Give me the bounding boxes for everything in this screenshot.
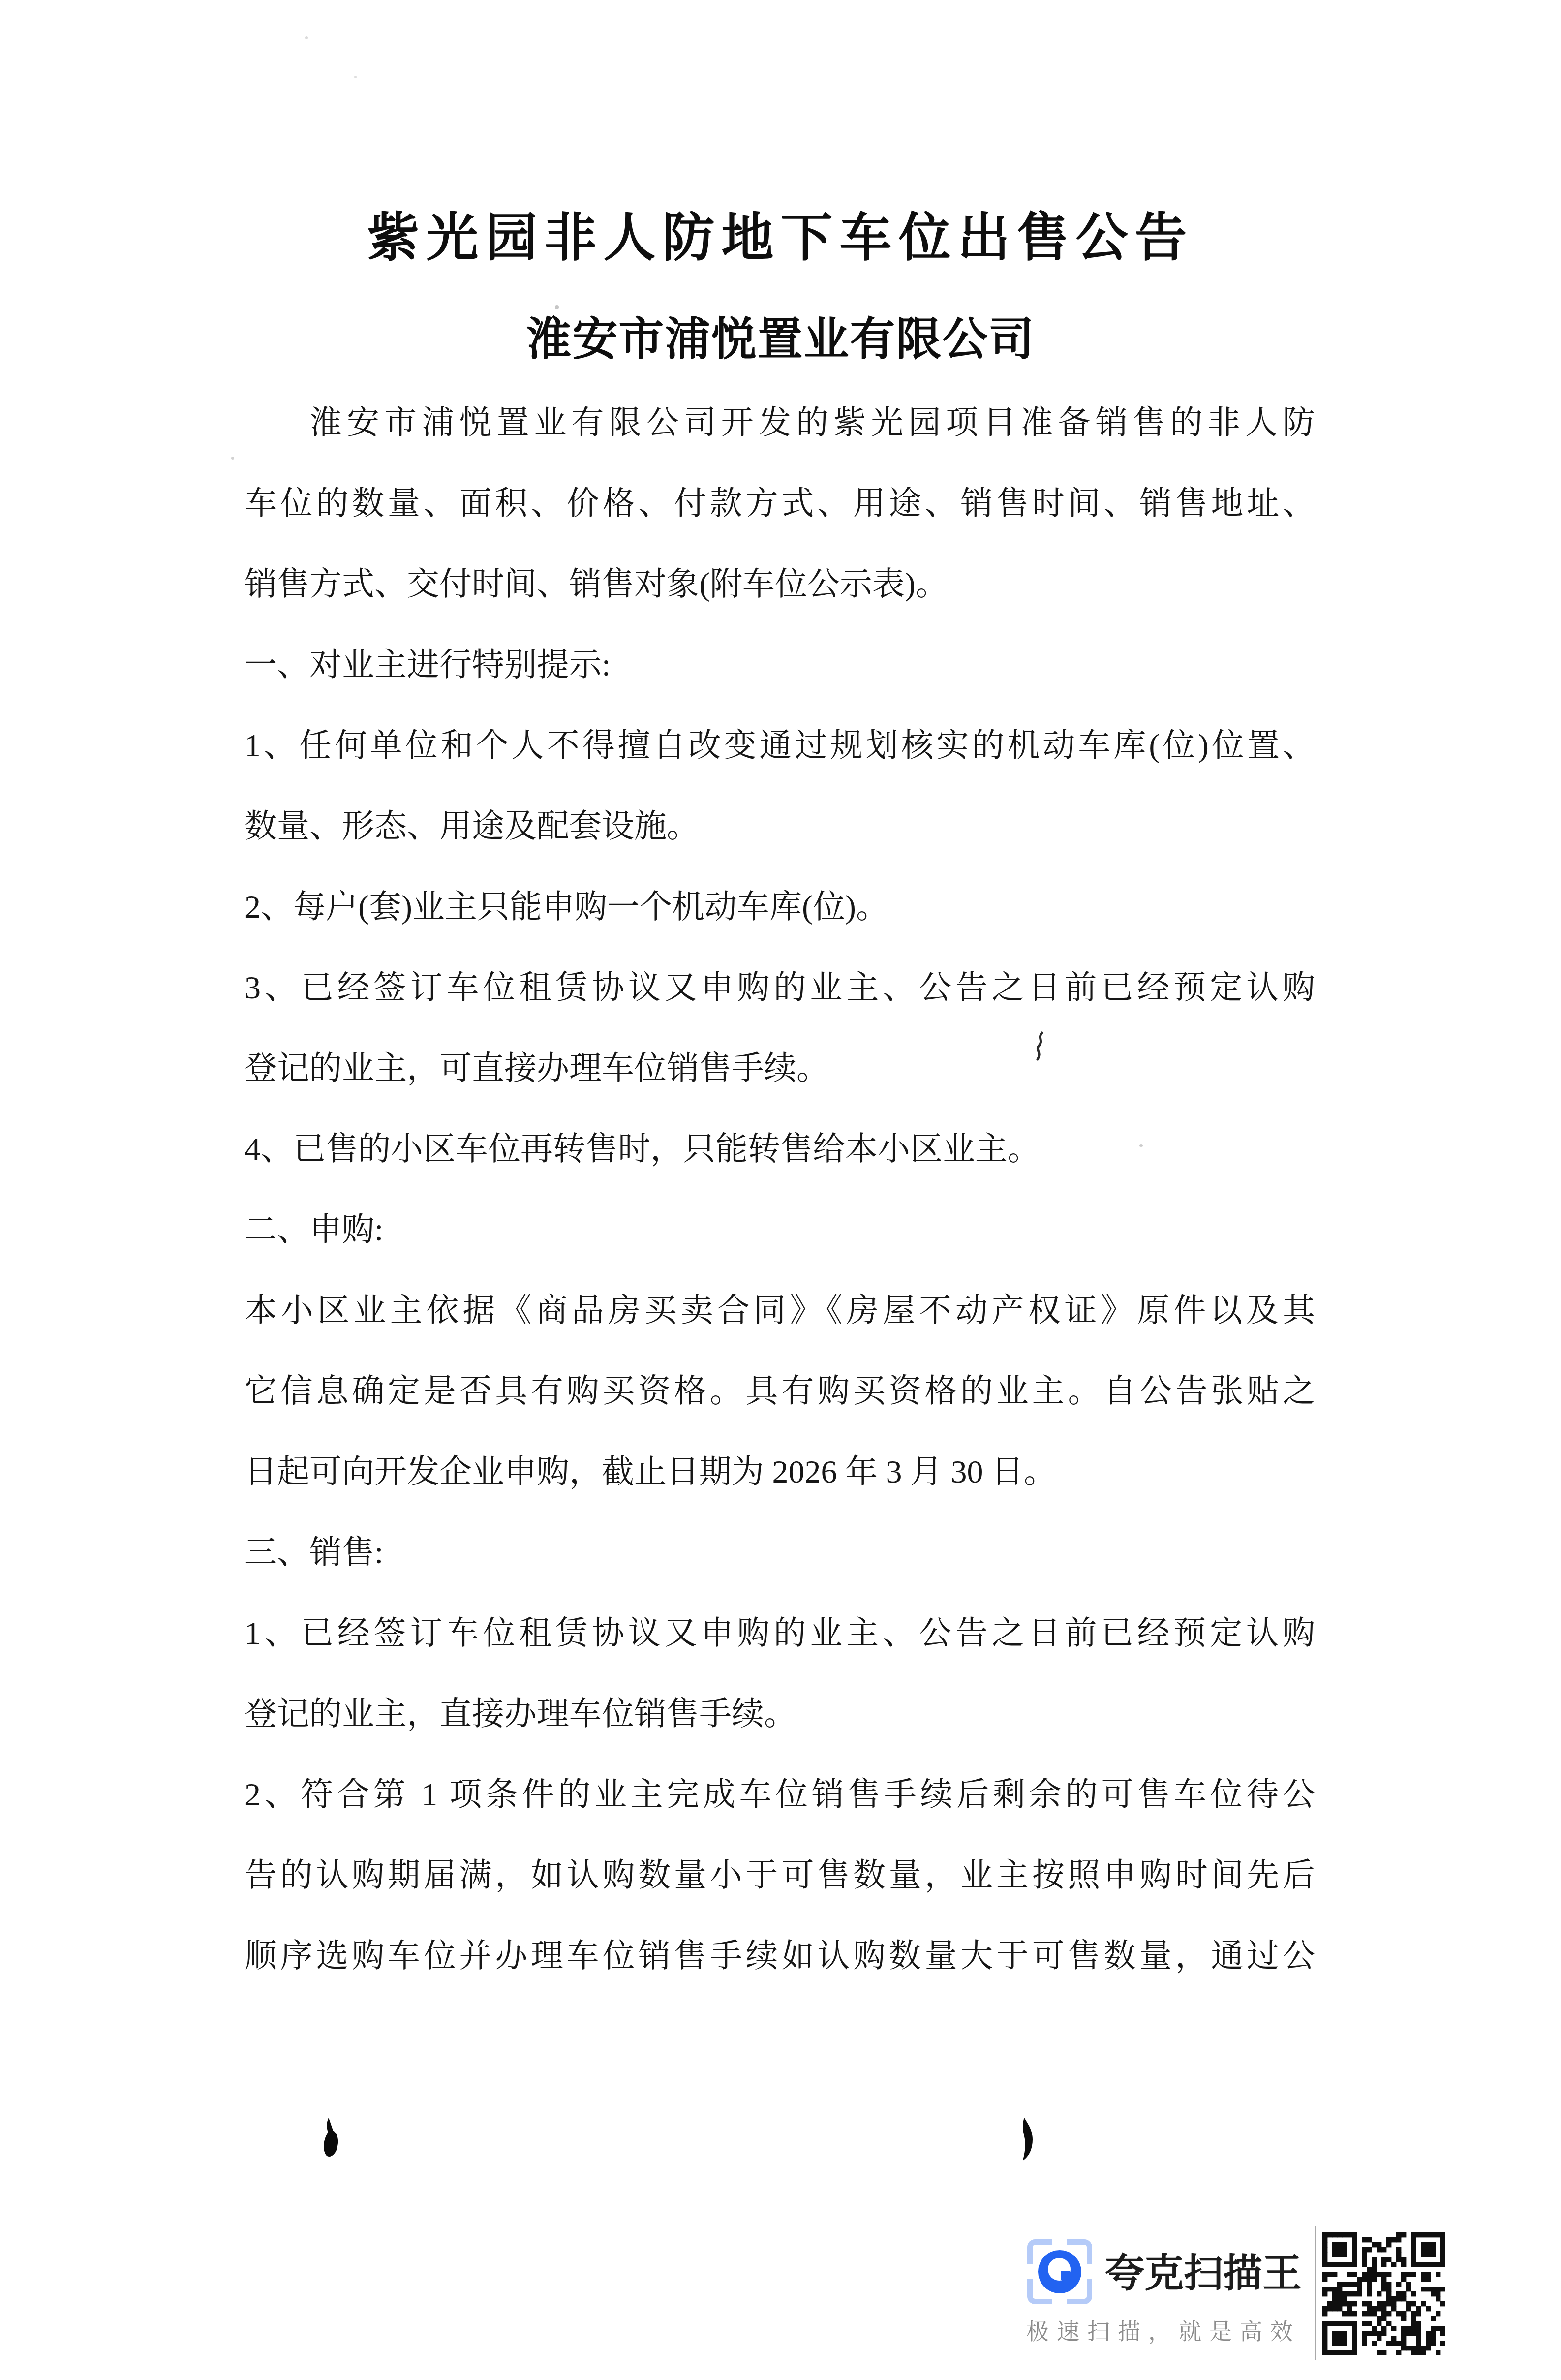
body-line: 淮安市浦悦置业有限公司开发的紫光园项目准备销售的非人防 (245, 383, 1315, 464)
body-line: 销售方式、交付时间、销售对象(附车位公示表)。 (245, 544, 1315, 625)
quark-logo-notch (1061, 2271, 1070, 2280)
body-line: 顺序选购车位并办理车位销售手续如认购数量大于可售数量，通过公 (245, 1916, 1315, 1997)
scan-speck (1139, 1144, 1143, 1147)
body-line: 告的认购期届满，如认购数量小于可售数量，业主按照申购时间先后 (245, 1835, 1315, 1916)
body-line: 车位的数量、面积、价格、付款方式、用途、销售时间、销售地址、 (245, 464, 1315, 544)
body-line: 登记的业主，直接办理车位销售手续。 (245, 1674, 1315, 1755)
body-line: 2、每户(套)业主只能申购一个机动车库(位)。 (245, 867, 1315, 948)
body-line: 2、符合第 1 项条件的业主完成车位销售手续后剩余的可售车位待公 (245, 1755, 1315, 1835)
body-line: 一、对业主进行特别提示: (245, 625, 1315, 706)
scan-speck (555, 305, 559, 309)
body-line: 它信息确定是否具有购买资格。具有购买资格的业主。自公告张贴之 (245, 1351, 1315, 1432)
body-line: 三、销售: (245, 1513, 1315, 1593)
watermark-tagline: 极速扫描，就是高效 (1026, 2316, 1301, 2347)
body-line: 日起可向开发企业申购，截止日期为 2026 年 3 月 30 日。 (245, 1432, 1315, 1513)
document-body: 淮安市浦悦置业有限公司开发的紫光园项目准备销售的非人防车位的数量、面积、价格、付… (245, 383, 1315, 1997)
quark-logo-circle (1038, 2250, 1081, 2293)
body-line: 数量、形态、用途及配套设施。 (245, 786, 1315, 867)
company-name: 淮安市浦悦置业有限公司 (0, 311, 1561, 368)
ink-squiggle (1027, 1031, 1051, 1062)
watermark-brand: 夸克扫描王 (1105, 2247, 1302, 2300)
body-line: 1、任何单位和个人不得擅自改变通过规划核实的机动车库(位)位置、 (245, 706, 1315, 786)
body-line: 4、已售的小区车位再转售时，只能转售给本小区业主。 (245, 1109, 1315, 1190)
scanned-document-page: 紫光园非人防地下车位出售公告 淮安市浦悦置业有限公司 淮安市浦悦置业有限公司开发… (0, 0, 1561, 2380)
scan-speck (354, 76, 357, 78)
page-title: 紫光园非人防地下车位出售公告 (0, 206, 1561, 270)
scan-speck (305, 36, 308, 39)
ink-mark (1016, 2117, 1039, 2162)
body-line: 登记的业主，可直接办理车位销售手续。 (245, 1028, 1315, 1109)
ink-mark (319, 2117, 341, 2162)
body-line: 3、已经签订车位租赁协议又申购的业主、公告之日前已经预定认购 (245, 948, 1315, 1028)
body-line: 二、申购: (245, 1190, 1315, 1270)
watermark-divider (1315, 2226, 1316, 2360)
quark-scan-logo-icon (1027, 2239, 1092, 2304)
body-line: 1、已经签订车位租赁协议又申购的业主、公告之日前已经预定认购 (245, 1593, 1315, 1674)
body-line: 本小区业主依据《商品房买卖合同》《房屋不动产权证》原件以及其 (245, 1270, 1315, 1351)
qr-code (1322, 2232, 1445, 2355)
scan-speck (231, 457, 234, 460)
